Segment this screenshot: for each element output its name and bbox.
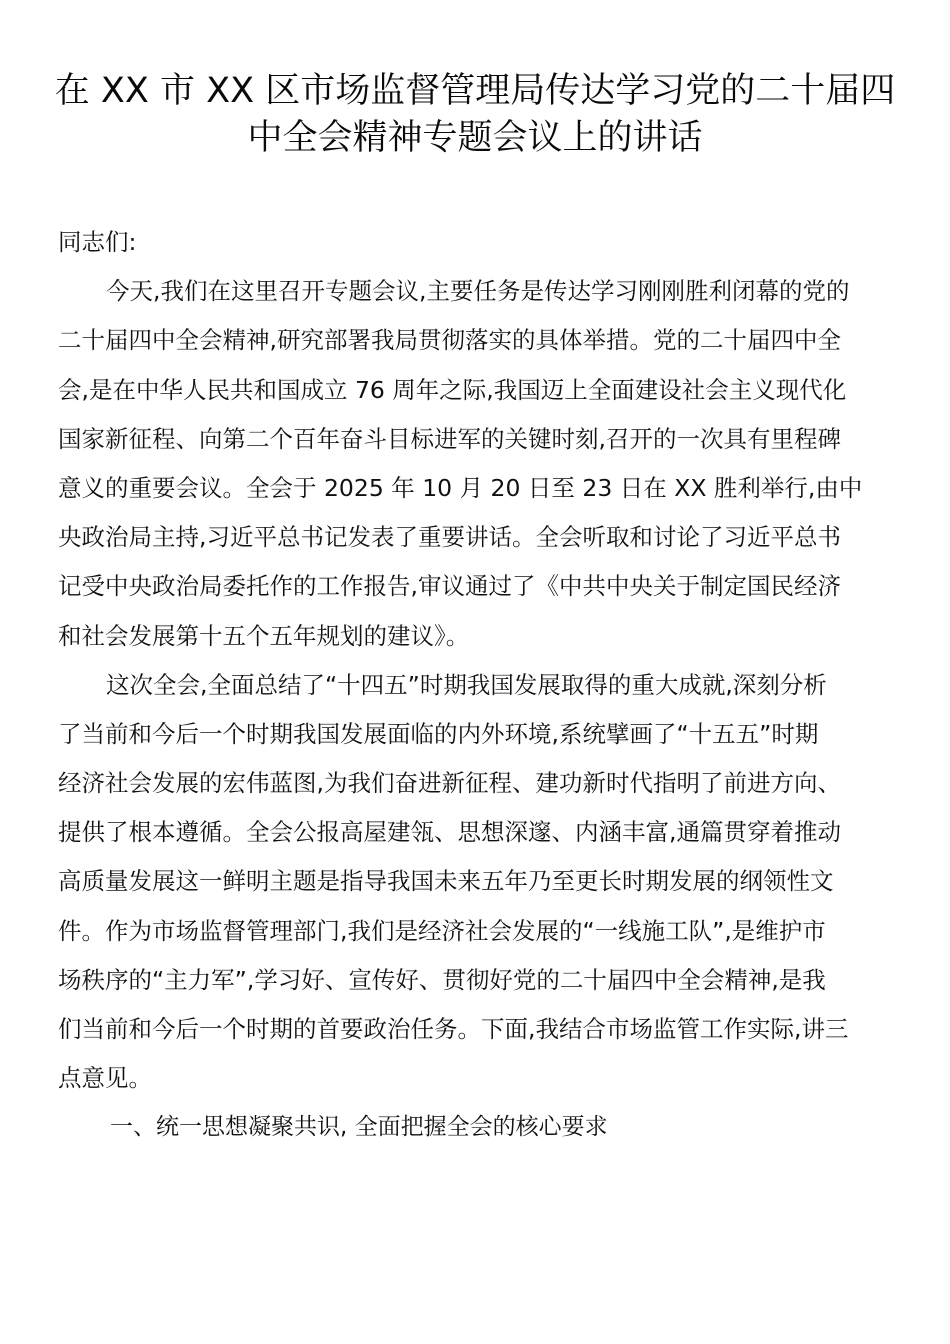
title-line-1: 在 XX 市 XX 区市场监督管理局传达学习党的二十届四 [30, 68, 920, 115]
paragraph-line: 二十届四中全会精神,研究部署我局贯彻落实的具体举措。党的二十届四中全 [58, 316, 896, 365]
paragraph-1: 今天,我们在这里召开专题会议,主要任务是传达学习刚刚胜利闭幕的党的 二十届四中全… [58, 267, 896, 661]
title-line-2: 中全会精神专题会议上的讲话 [30, 115, 920, 162]
paragraph-line: 场秩序的“主力军”,学习好、宣传好、贯彻好党的二十届四中全会精神,是我 [58, 956, 896, 1005]
paragraph-line: 经济社会发展的宏伟蓝图,为我们奋进新征程、建功新时代指明了前进方向、 [58, 759, 896, 808]
section-heading: 一、统一思想凝聚共识, 全面把握全会的核心要求 [58, 1103, 896, 1152]
paragraph-line: 和社会发展第十五个五年规划的建议》。 [58, 612, 896, 661]
paragraph-line: 央政治局主持,习近平总书记发表了重要讲话。全会听取和讨论了习近平总书 [58, 513, 896, 562]
paragraph-line: 记受中央政治局委托作的工作报告,审议通过了《中共中央关于制定国民经济 [58, 562, 896, 611]
document-title: 在 XX 市 XX 区市场监督管理局传达学习党的二十届四 中全会精神专题会议上的… [30, 68, 920, 162]
paragraph-line: 们当前和今后一个时期的首要政治任务。下面,我结合市场监管工作实际,讲三 [58, 1005, 896, 1054]
paragraph-line: 提供了根本遵循。全会公报高屋建瓴、思想深邃、内涵丰富,通篇贯穿着推动 [58, 808, 896, 857]
paragraph-line: 了当前和今后一个时期我国发展面临的内外环境,系统擘画了“十五五”时期 [58, 710, 896, 759]
paragraph-line: 今天,我们在这里召开专题会议,主要任务是传达学习刚刚胜利闭幕的党的 [58, 267, 896, 316]
paragraph-line: 国家新征程、向第二个百年奋斗目标进军的关键时刻,召开的一次具有里程碑 [58, 415, 896, 464]
paragraph-line: 会,是在中华人民共和国成立 76 周年之际,我国迈上全面建设社会主义现代化 [58, 366, 896, 415]
paragraph-line: 这次全会,全面总结了“十四五”时期我国发展取得的重大成就,深刻分析 [58, 661, 896, 710]
paragraph-line: 件。作为市场监督管理部门,我们是经济社会发展的“一线施工队”,是维护市 [58, 907, 896, 956]
paragraph-line: 点意见。 [58, 1054, 896, 1103]
paragraph-2: 这次全会,全面总结了“十四五”时期我国发展取得的重大成就,深刻分析 了当前和今后… [58, 661, 896, 1104]
paragraph-line: 意义的重要会议。全会于 2025 年 10 月 20 日至 23 日在 XX 胜… [58, 464, 896, 513]
salutation: 同志们: [58, 218, 896, 267]
paragraph-line: 高质量发展这一鲜明主题是指导我国未来五年乃至更长时期发展的纲领性文 [58, 857, 896, 906]
document-page: 在 XX 市 XX 区市场监督管理局传达学习党的二十届四 中全会精神专题会议上的… [0, 0, 950, 1344]
document-body: 同志们: 今天,我们在这里召开专题会议,主要任务是传达学习刚刚胜利闭幕的党的 二… [58, 218, 896, 1153]
